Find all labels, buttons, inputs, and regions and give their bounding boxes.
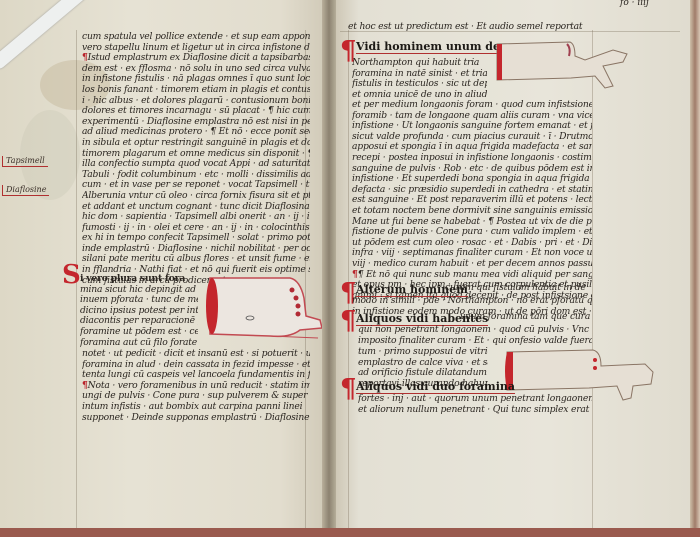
margin-ruling	[592, 30, 593, 530]
rubric-heading: Vidi hominem unum de	[356, 40, 500, 54]
marginal-note: Diaflosine	[2, 185, 49, 196]
text-beside-illustration: i vero plura sunt fora mina sicut hic de…	[80, 274, 198, 348]
patient-illustration	[200, 272, 324, 344]
binding-edge	[0, 528, 700, 537]
text-block-1b: et per medium longaonis foram · quod cum…	[352, 100, 592, 301]
rubric-heading: Aliquos vidi duo foramina	[356, 380, 515, 394]
marginal-note: Tapsimell	[2, 156, 48, 167]
header-line: et hoc est ut predictum est · Et audio s…	[348, 22, 588, 33]
text-block-3a: vnum foramina tam que curam	[460, 312, 590, 323]
text-block-2a: curam qui fistulam habuit in de	[445, 283, 590, 294]
left-page: Tapsimell Diaflosine cum spatula vel pol…	[0, 0, 330, 537]
page-edges	[690, 0, 700, 537]
text-block-bottom: notet · ut pedicit · dicit et insanū est…	[82, 349, 310, 423]
red-initial: S	[62, 262, 81, 288]
red-initial: ¶	[340, 376, 357, 402]
book-gutter	[322, 0, 336, 537]
manuscript-spread: Tapsimell Diaflosine cum spatula vel pol…	[0, 0, 700, 537]
patient-illustration	[495, 36, 635, 96]
text-block-4: fortes · inj · aut · quorum unum penetra…	[358, 394, 592, 415]
red-initial: ¶	[340, 308, 357, 334]
folio-number: fo · iiij	[620, 0, 649, 8]
right-page: fo · iiij et hoc est ut predictum est · …	[330, 0, 692, 537]
text-block-top: cum spatula vel pollice extende · et sup…	[82, 32, 310, 286]
text-block-1a: Northampton qui habuit tria foramina in …	[352, 58, 487, 100]
text-block-3b: qui non penetrant longaonem · quod cū pu…	[358, 325, 592, 346]
